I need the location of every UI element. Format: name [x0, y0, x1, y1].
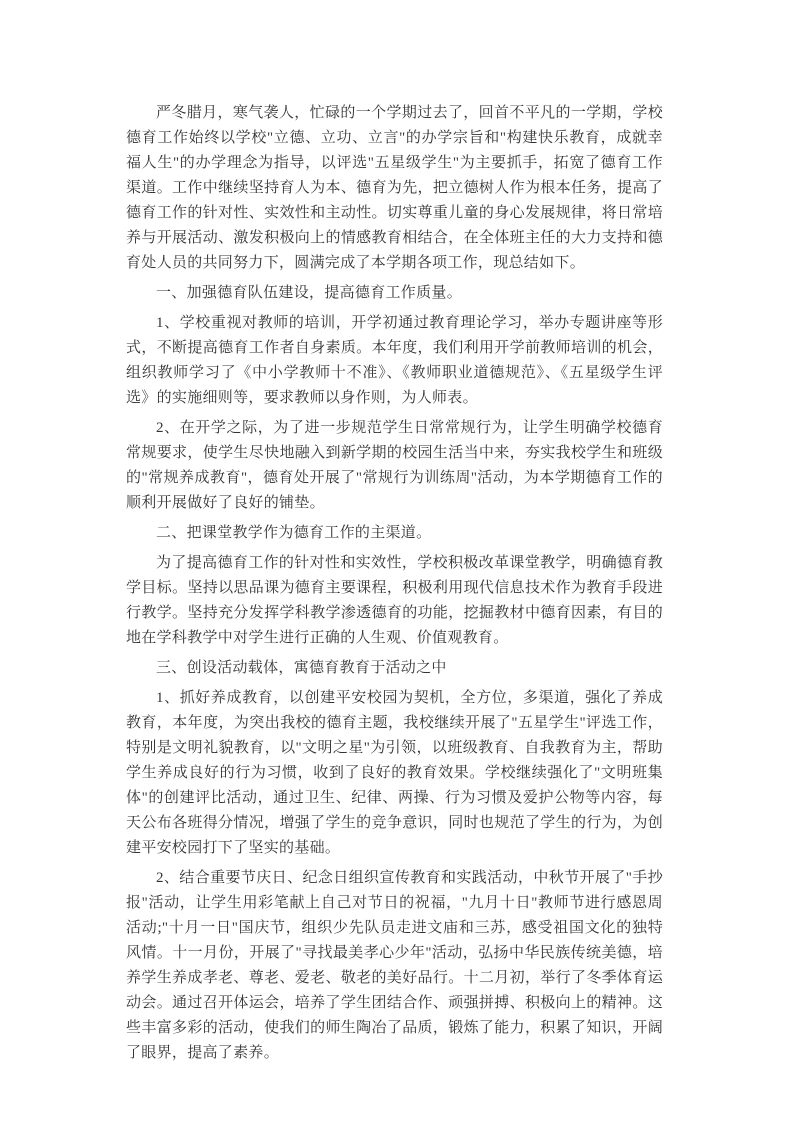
document-paragraph: 为了提高德育工作的针对性和实效性，学校积极改革课堂教学，明确德育教学目标。坚持以… — [126, 551, 663, 651]
document-paragraph: 1、学校重视对教师的培训，开学初通过教育理论学习，举办专题讲座等形式，不断提高德… — [126, 311, 663, 411]
document-paragraph: 严冬腊月，寒气袭人，忙碌的一个学期过去了，回首不平凡的一学期，学校德育工作始终以… — [126, 101, 663, 276]
document-heading: 二、把课堂教学作为德育工作的主渠道。 — [126, 521, 663, 546]
document-paragraph: 1、抓好养成教育，以创建平安校园为契机，全方位，多渠道，强化了养成教育，本年度，… — [126, 686, 663, 861]
document-paragraph: 2、结合重要节庆日、纪念日组织宣传教育和实践活动，中秋节开展了"手抄报"活动，让… — [126, 866, 663, 1066]
document-heading: 三、创设活动载体，寓德育教育于活动之中 — [126, 656, 663, 681]
document-content: 严冬腊月，寒气袭人，忙碌的一个学期过去了，回首不平凡的一学期，学校德育工作始终以… — [126, 101, 663, 1071]
document-paragraph: 2、在开学之际，为了进一步规范学生日常常规行为，让学生明确学校德育常规要求，使学… — [126, 416, 663, 516]
document-page: 严冬腊月，寒气袭人，忙碌的一个学期过去了，回首不平凡的一学期，学校德育工作始终以… — [0, 0, 793, 1122]
document-heading: 一、加强德育队伍建设，提高德育工作质量。 — [126, 281, 663, 306]
